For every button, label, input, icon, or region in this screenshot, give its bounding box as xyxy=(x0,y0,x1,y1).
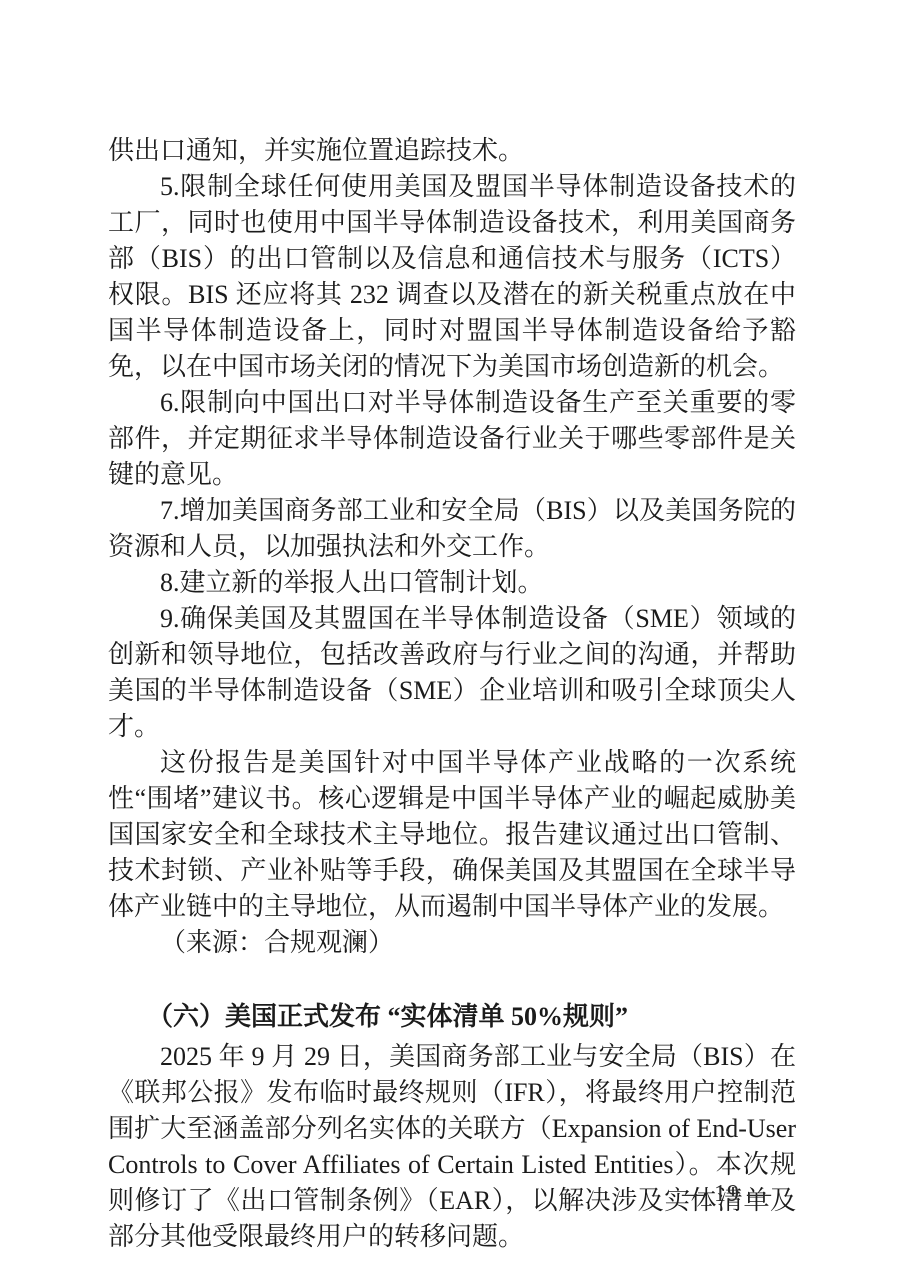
section-heading-entity-list-rule: （六）美国正式发布 “实体清单 50%规则” xyxy=(108,999,796,1035)
document-page: 供出口通知，并实施位置追踪技术。 5.限制全球任何使用美国及盟国半导体制造设备技… xyxy=(0,0,900,1272)
list-item-6: 6.限制向中国出口对半导体制造设备生产至关重要的零部件，并定期征求半导体制造设备… xyxy=(108,385,796,493)
page-content: 供出口通知，并实施位置追踪技术。 5.限制全球任何使用美国及盟国半导体制造设备技… xyxy=(108,133,796,1255)
paragraph-report-summary: 这份报告是美国针对中国半导体产业战略的一次系统性“围堵”建议书。核心逻辑是中国半… xyxy=(108,745,796,925)
list-item-5: 5.限制全球任何使用美国及盟国半导体制造设备技术的工厂，同时也使用中国半导体制造… xyxy=(108,169,796,385)
paragraph-continuation: 供出口通知，并实施位置追踪技术。 xyxy=(108,133,796,169)
list-item-8: 8.建立新的举报人出口管制计划。 xyxy=(108,565,796,601)
source-attribution: （来源：合规观澜） xyxy=(108,925,796,961)
list-item-9: 9.确保美国及其盟国在半导体制造设备（SME）领域的创新和领导地位，包括改善政府… xyxy=(108,601,796,745)
list-item-7: 7.增加美国商务部工业和安全局（BIS）以及美国务院的资源和人员，以加强执法和外… xyxy=(108,493,796,565)
paragraph-entity-list-rule: 2025 年 9 月 29 日，美国商务部工业与安全局（BIS）在《联邦公报》发… xyxy=(108,1039,796,1255)
page-number: — 19 — xyxy=(682,1181,772,1208)
